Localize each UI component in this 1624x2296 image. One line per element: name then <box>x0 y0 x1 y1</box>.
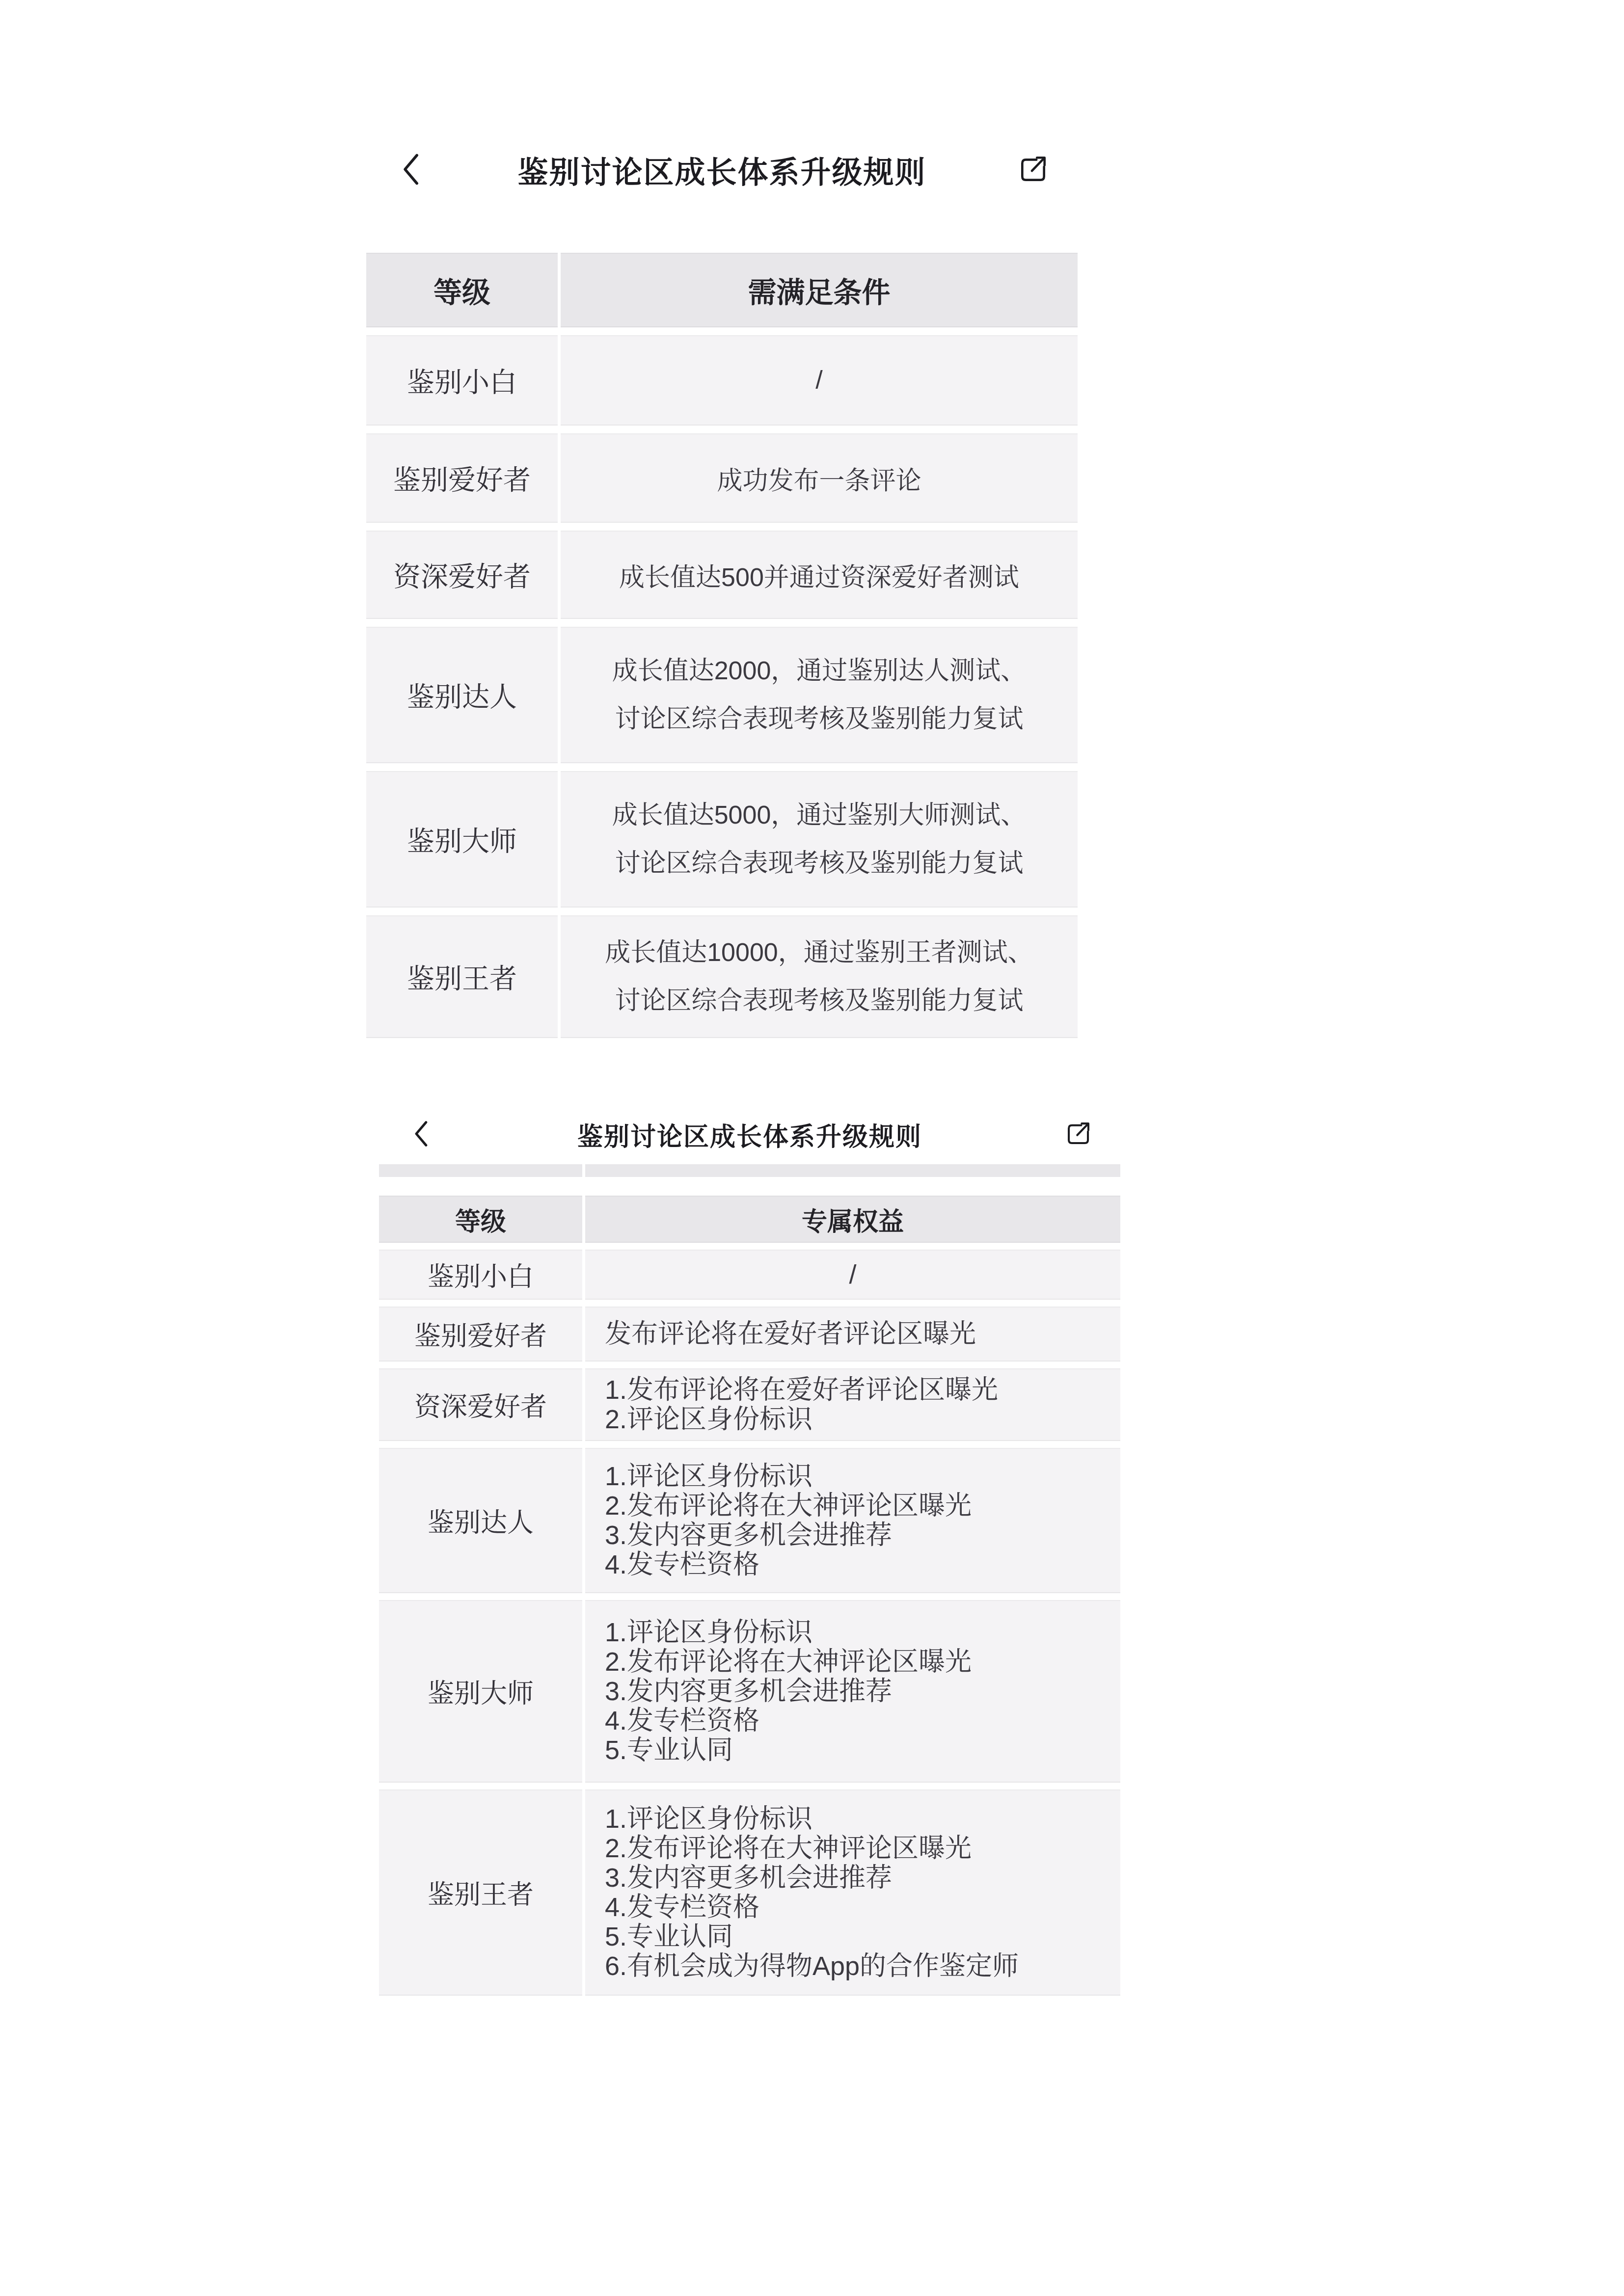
cell-line: / <box>815 366 822 395</box>
level-cell: 鉴别小白 <box>379 1250 582 1300</box>
level-label: 资深爱好者 <box>414 1386 547 1424</box>
condition-cell: 成长值达2000，通过鉴别达人测试、 讨论区综合表现考核及鉴别能力复试 <box>561 627 1078 763</box>
cell-line: 4.发专栏资格 <box>605 1550 759 1579</box>
table-header-row: 等级 需满足条件 <box>366 253 1078 327</box>
level-cell: 资深爱好者 <box>366 531 558 619</box>
table-row: 鉴别小白 / <box>366 335 1078 426</box>
cell-line: 1.发布评论将在爱好者评论区曝光 <box>605 1375 998 1405</box>
level-label: 鉴别大师 <box>428 1673 534 1710</box>
level-cell: 鉴别大师 <box>379 1600 582 1783</box>
cell-line: 1.评论区身份标识 <box>605 1618 812 1647</box>
condition-cell: 成功发布一条评论 <box>561 433 1078 523</box>
level-label: 鉴别爱好者 <box>393 458 531 498</box>
cell-line: 讨论区综合表现考核及鉴别能力复试 <box>615 977 1023 1025</box>
cell-line: 5.专业认同 <box>605 1735 733 1765</box>
table-header-row: 等级 专属权益 <box>379 1196 1120 1243</box>
level-label: 鉴别王者 <box>407 957 517 996</box>
cell-line: 1.评论区身份标识 <box>605 1804 812 1834</box>
screen1-header: 鉴别讨论区成长体系升级规则 <box>366 140 1078 199</box>
chevron-left-icon <box>400 152 421 188</box>
cell-line: 1.评论区身份标识 <box>605 1462 812 1491</box>
level-cell: 鉴别达人 <box>366 627 558 763</box>
back-button[interactable] <box>366 140 455 199</box>
table-row: 鉴别达人 成长值达2000，通过鉴别达人测试、 讨论区综合表现考核及鉴别能力复试 <box>366 627 1078 763</box>
level-cell: 鉴别爱好者 <box>379 1307 582 1362</box>
cell-line: 成长值达2000，通过鉴别达人测试、 <box>612 647 1027 695</box>
cell-line: 3.发内容更多机会进推荐 <box>605 1521 892 1550</box>
cell-line: 3.发内容更多机会进推荐 <box>605 1863 892 1893</box>
table-row: 鉴别王者 1.评论区身份标识 2.发布评论将在大神评论区曝光 3.发内容更多机会… <box>379 1789 1120 1996</box>
cell-line: 2.发布评论将在大神评论区曝光 <box>605 1491 972 1521</box>
cell-line: 2.发布评论将在大神评论区曝光 <box>605 1834 972 1863</box>
table-row: 鉴别爱好者 发布评论将在爱好者评论区曝光 <box>379 1307 1120 1362</box>
page-title: 鉴别讨论区成长体系升级规则 <box>462 1116 1037 1153</box>
cell-line: 发布评论将在爱好者评论区曝光 <box>605 1319 976 1349</box>
share-button[interactable] <box>989 140 1078 199</box>
table-row: 鉴别达人 1.评论区身份标识 2.发布评论将在大神评论区曝光 3.发内容更多机会… <box>379 1448 1120 1593</box>
benefits-table: 等级 专属权益 鉴别小白 / 鉴别爱好者 发布评论将在爱好者评论区曝光 资深爱好… <box>379 1196 1120 2002</box>
table-row: 鉴别王者 成长值达10000，通过鉴别王者测试、 讨论区综合表现考核及鉴别能力复… <box>366 915 1078 1038</box>
cell-line: 讨论区综合表现考核及鉴别能力复试 <box>615 695 1023 743</box>
benefit-cell: 1.发布评论将在爱好者评论区曝光 2.评论区身份标识 <box>585 1368 1120 1441</box>
level-cell: 鉴别爱好者 <box>366 433 558 523</box>
level-cell: 鉴别达人 <box>379 1448 582 1593</box>
cell-line: 6.有机会成为得物App的合作鉴定师 <box>605 1951 1019 1981</box>
table-row: 鉴别大师 1.评论区身份标识 2.发布评论将在大神评论区曝光 3.发内容更多机会… <box>379 1600 1120 1783</box>
table-row: 鉴别爱好者 成功发布一条评论 <box>366 433 1078 523</box>
level-label: 资深爱好者 <box>393 555 531 594</box>
condition-cell: 成长值达500并通过资深爱好者测试 <box>561 531 1078 619</box>
cell-line: 成长值达5000，通过鉴别大师测试、 <box>612 791 1027 839</box>
level-cell: 鉴别王者 <box>366 915 558 1038</box>
partial-row-sliver <box>379 1164 1120 1177</box>
table-row: 资深爱好者 成长值达500并通过资深爱好者测试 <box>366 531 1078 619</box>
condition-cell: 成长值达5000，通过鉴别大师测试、 讨论区综合表现考核及鉴别能力复试 <box>561 771 1078 908</box>
screen2-header: 鉴别讨论区成长体系升级规则 <box>379 1107 1120 1161</box>
condition-cell: / <box>561 335 1078 426</box>
condition-cell: 成长值达10000，通过鉴别王者测试、 讨论区综合表现考核及鉴别能力复试 <box>561 915 1078 1038</box>
page-title: 鉴别讨论区成长体系升级规则 <box>455 148 989 192</box>
partial-cell <box>585 1164 1120 1177</box>
cell-line: 3.发内容更多机会进推荐 <box>605 1677 892 1706</box>
cell-line: 4.发专栏资格 <box>605 1706 759 1735</box>
share-button[interactable] <box>1037 1107 1120 1161</box>
column-header-condition: 需满足条件 <box>561 253 1078 327</box>
cell-line: 讨论区综合表现考核及鉴别能力复试 <box>615 839 1023 887</box>
cell-line: 2.发布评论将在大神评论区曝光 <box>605 1647 972 1677</box>
document-page: { "colors": { "page_bg": "#ffffff", "tab… <box>0 0 1624 2296</box>
level-label: 鉴别爱好者 <box>414 1315 547 1353</box>
conditions-table: 等级 需满足条件 鉴别小白 / 鉴别爱好者 成功发布一条评论 资深爱好者 成长值… <box>366 253 1078 1046</box>
benefit-cell: 1.评论区身份标识 2.发布评论将在大神评论区曝光 3.发内容更多机会进推荐 4… <box>585 1448 1120 1593</box>
column-header-level: 等级 <box>379 1196 582 1243</box>
cell-line: / <box>849 1260 856 1289</box>
table-row: 鉴别小白 / <box>379 1250 1120 1300</box>
cell-line: 成功发布一条评论 <box>717 460 921 497</box>
level-label: 鉴别大师 <box>407 820 517 859</box>
column-header-benefit: 专属权益 <box>585 1196 1120 1243</box>
cell-line: 4.发专栏资格 <box>605 1893 759 1922</box>
cell-line: 成长值达500并通过资深爱好者测试 <box>619 557 1019 593</box>
table-row: 鉴别大师 成长值达5000，通过鉴别大师测试、 讨论区综合表现考核及鉴别能力复试 <box>366 771 1078 908</box>
back-button[interactable] <box>379 1107 462 1161</box>
column-header-level: 等级 <box>366 253 558 327</box>
level-cell: 鉴别小白 <box>366 335 558 426</box>
cell-line: 2.评论区身份标识 <box>605 1405 812 1434</box>
share-external-icon <box>1017 153 1050 187</box>
benefit-cell: / <box>585 1250 1120 1300</box>
level-cell: 资深爱好者 <box>379 1368 582 1441</box>
level-label: 鉴别达人 <box>428 1502 534 1540</box>
level-label: 鉴别小白 <box>407 361 517 400</box>
benefit-cell: 发布评论将在爱好者评论区曝光 <box>585 1307 1120 1362</box>
cell-line: 成长值达10000，通过鉴别王者测试、 <box>605 929 1033 977</box>
level-label: 鉴别小白 <box>428 1256 534 1294</box>
share-external-icon <box>1064 1120 1093 1149</box>
cell-line: 5.专业认同 <box>605 1922 733 1951</box>
level-cell: 鉴别大师 <box>366 771 558 908</box>
benefit-cell: 1.评论区身份标识 2.发布评论将在大神评论区曝光 3.发内容更多机会进推荐 4… <box>585 1600 1120 1783</box>
chevron-left-icon <box>412 1120 430 1149</box>
level-cell: 鉴别王者 <box>379 1789 582 1996</box>
level-label: 鉴别达人 <box>407 675 517 715</box>
level-label: 鉴别王者 <box>428 1874 534 1912</box>
benefit-cell: 1.评论区身份标识 2.发布评论将在大神评论区曝光 3.发内容更多机会进推荐 4… <box>585 1789 1120 1996</box>
table-row: 资深爱好者 1.发布评论将在爱好者评论区曝光 2.评论区身份标识 <box>379 1368 1120 1441</box>
partial-cell <box>379 1164 582 1177</box>
